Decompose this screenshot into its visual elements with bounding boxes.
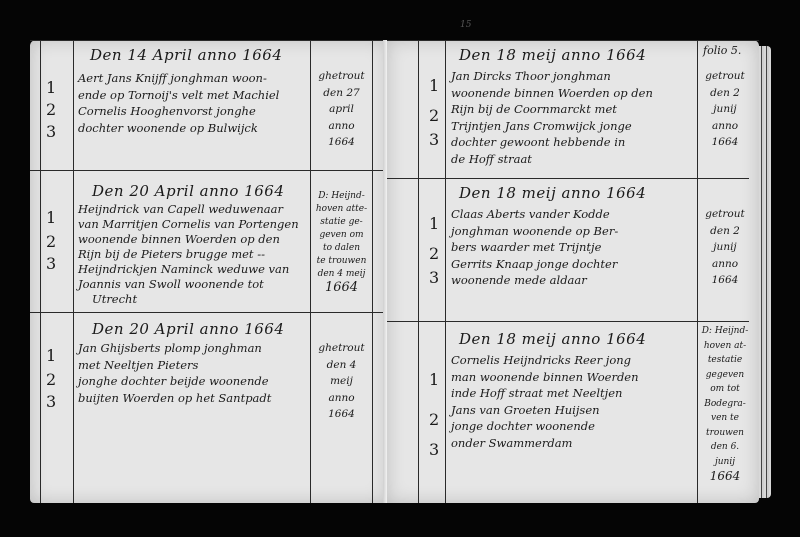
page-top-mark: 15: [460, 20, 471, 30]
row-divider: [30, 312, 387, 313]
entry-text: Cornelis Heijndricks Reer jong man woone…: [451, 352, 639, 451]
marriage-note: ghetrout den 4 meij anno 1664: [311, 340, 372, 423]
outer-rule: [372, 40, 373, 503]
entry-date-heading: Den 18 meij anno 1664: [459, 184, 646, 202]
row-divider: [387, 321, 749, 322]
folio-number: folio 5.: [703, 44, 741, 57]
entry-date-heading: Den 20 April anno 1664: [92, 320, 284, 338]
entry-date-heading: Den 20 April anno 1664: [92, 182, 284, 200]
right-page: folio 5. Den 18 meij anno 1664 1 2 3 Jan…: [387, 40, 759, 503]
marriage-note: ghetrout den 27 april anno 1664: [311, 68, 372, 151]
marriage-note: D: Heijnd- hoven at- testatie gegeven om…: [698, 324, 752, 484]
text-column-rule: [445, 40, 446, 503]
number-column-rule: [418, 40, 419, 503]
top-rule: [387, 40, 759, 41]
entry-text: Jan Dircks Thoor jonghman woonende binne…: [451, 68, 653, 167]
marriage-note: getrout den 2 junij anno 1664: [698, 68, 752, 151]
entry-text: Heijndrick van Capell weduwenaar van Mar…: [78, 202, 299, 307]
book-page-edges: [759, 46, 771, 498]
entry-text: Aert Jans Knijff jonghman woon- ende op …: [78, 70, 279, 136]
left-page: Den 14 April anno 1664 1 2 3 Aert Jans K…: [30, 40, 387, 503]
marriage-note: getrout den 2 junij anno 1664: [698, 206, 752, 289]
marriage-note: D: Heijnd- hoven atte- statie ge- geven …: [311, 190, 372, 294]
entry-text: Jan Ghijsberts plomp jonghman met Neeltj…: [78, 340, 271, 406]
row-divider: [30, 170, 387, 171]
entry-date-heading: Den 18 meij anno 1664: [459, 46, 646, 64]
top-rule: [30, 40, 387, 41]
row-divider: [387, 178, 749, 179]
entry-date-heading: Den 18 meij anno 1664: [459, 330, 646, 348]
margin-rule: [40, 40, 41, 503]
entry-text: Claas Aberts vander Kodde jonghman woone…: [451, 206, 618, 289]
entry-date-heading: Den 14 April anno 1664: [90, 46, 282, 64]
number-column-rule: [73, 40, 74, 503]
